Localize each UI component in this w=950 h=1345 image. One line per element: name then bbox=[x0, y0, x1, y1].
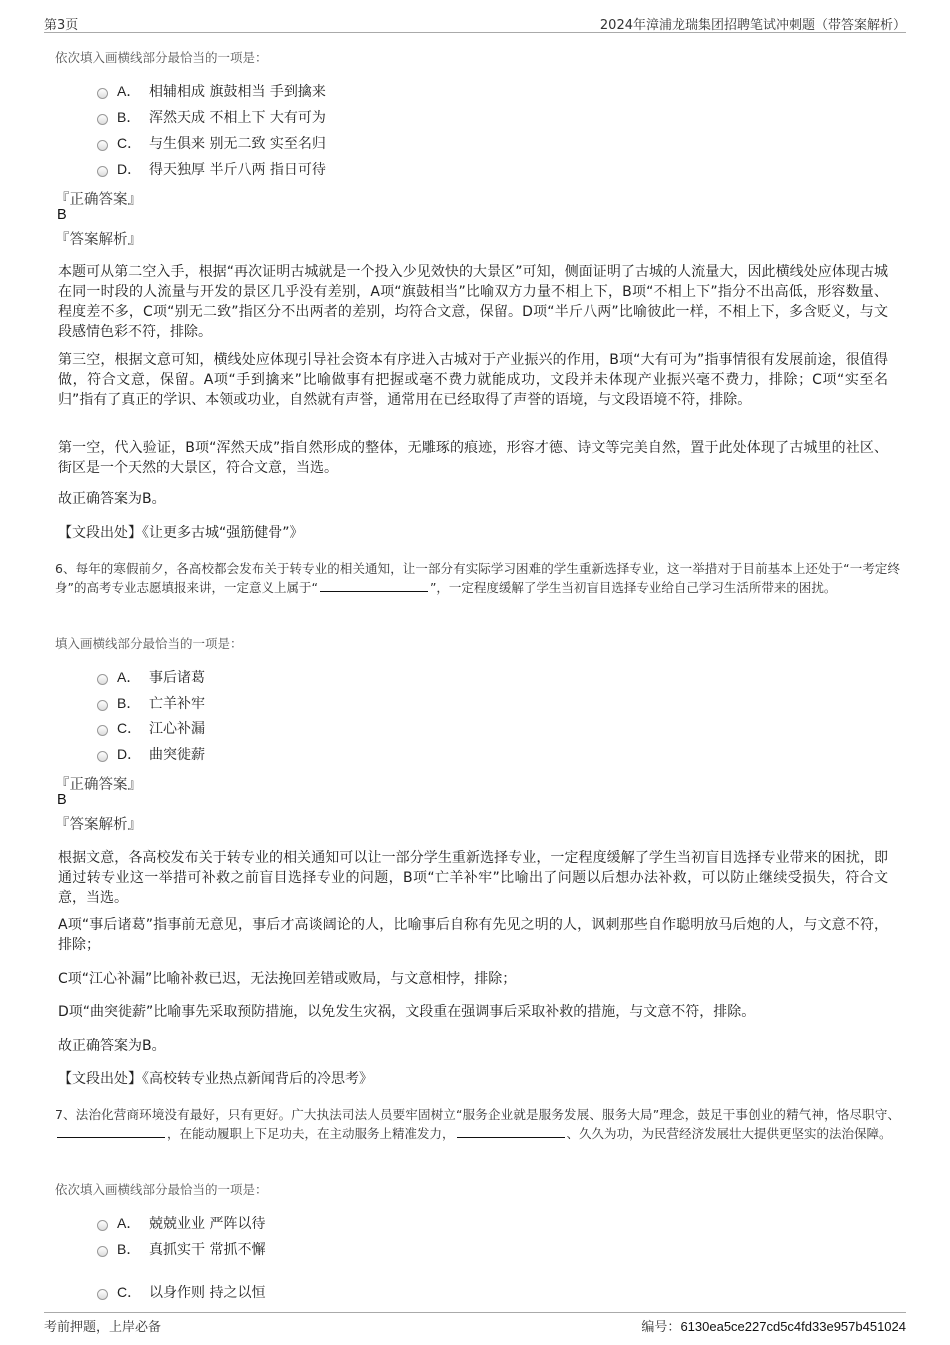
q7-option-b[interactable]: B． 真抓实干 常抓不懈 bbox=[97, 1239, 265, 1259]
fill-blank-2 bbox=[457, 1125, 565, 1138]
q6-analysis-conclusion: 故正确答案为B。 bbox=[58, 1036, 888, 1056]
q5-answer: B bbox=[57, 207, 67, 223]
q5-analysis-p3: 第一空，代入验证，B项“浑然天成”指自然形成的整体，无雕琢的痕迹，形容才德、诗文… bbox=[58, 438, 888, 478]
q5-analysis-label: 『答案解析』 bbox=[55, 228, 142, 249]
q7-prompt: 依次填入画横线部分最恰当的一项是： bbox=[55, 1180, 268, 1198]
page-header: 第3页 2024年漳浦龙瑞集团招聘笔试冲刺题（带答案解析） bbox=[44, 12, 906, 33]
radio-icon[interactable] bbox=[97, 725, 108, 736]
radio-icon[interactable] bbox=[97, 700, 108, 711]
fill-blank bbox=[320, 579, 428, 592]
q6-option-b[interactable]: B． 亡羊补牢 bbox=[97, 693, 205, 713]
q6-prompt: 填入画横线部分最恰当的一项是： bbox=[55, 634, 243, 652]
document-title: 2024年漳浦龙瑞集团招聘笔试冲刺题（带答案解析） bbox=[600, 14, 906, 33]
q7-option-a[interactable]: A． 兢兢业业 严阵以待 bbox=[97, 1213, 265, 1233]
radio-icon[interactable] bbox=[97, 114, 108, 125]
q5-analysis-conclusion: 故正确答案为B。 bbox=[58, 489, 888, 509]
q6-option-a[interactable]: A． 事后诸葛 bbox=[97, 667, 205, 687]
radio-icon[interactable] bbox=[97, 1289, 108, 1300]
page-footer: 考前押题，上岸必备 编号：6130ea5ce227cd5c4fd33e957b4… bbox=[44, 1312, 906, 1335]
radio-icon[interactable] bbox=[97, 1246, 108, 1257]
fill-blank-1 bbox=[57, 1125, 165, 1138]
q6-correct-label: 『正确答案』 bbox=[55, 773, 142, 794]
q6-answer: B bbox=[57, 792, 67, 808]
q5-source: 【文段出处】《让更多古城“强筋健骨”》 bbox=[58, 523, 888, 543]
q6-option-c[interactable]: C． 江心补漏 bbox=[97, 718, 205, 738]
q5-option-a[interactable]: A． 相辅相成 旗鼓相当 手到擒来 bbox=[97, 81, 326, 101]
q5-prompt: 依次填入画横线部分最恰当的一项是： bbox=[55, 48, 268, 66]
radio-icon[interactable] bbox=[97, 751, 108, 762]
radio-icon[interactable] bbox=[97, 674, 108, 685]
q6-option-d[interactable]: D． 曲突徙薪 bbox=[97, 744, 205, 764]
radio-icon[interactable] bbox=[97, 166, 108, 177]
q5-option-c[interactable]: C． 与生俱来 别无二致 实至名归 bbox=[97, 133, 326, 153]
q6-stem: 6、每年的寒假前夕，各高校都会发布关于转专业的相关通知，让一部分有实际学习困难的… bbox=[55, 559, 900, 597]
q5-analysis-p1: 本题可从第二空入手，根据“再次证明古城就是一个投入少见效快的大景区”可知，侧面证… bbox=[58, 262, 888, 342]
q6-analysis-p1: 根据文意，各高校发布关于转专业的相关通知可以让一部分学生重新选择专业，一定程度缓… bbox=[58, 848, 888, 908]
q7-stem: 7、法治化营商环境没有最好，只有更好。广大执法司法人员要牢固树立“服务企业就是服… bbox=[55, 1105, 900, 1143]
radio-icon[interactable] bbox=[97, 140, 108, 151]
footer-slogan: 考前押题，上岸必备 bbox=[44, 1316, 161, 1335]
q6-analysis-label: 『答案解析』 bbox=[55, 813, 142, 834]
q5-analysis-p2: 第三空，根据文意可知，横线处应体现引导社会资本有序进入古城对于产业振兴的作用，B… bbox=[58, 350, 888, 410]
page-number: 第3页 bbox=[44, 14, 78, 33]
document-code: 编号：6130ea5ce227cd5c4fd33e957b451024 bbox=[641, 1316, 906, 1335]
q5-option-d[interactable]: D． 得天独厚 半斤八两 指日可待 bbox=[97, 159, 326, 179]
q5-option-b[interactable]: B． 浑然天成 不相上下 大有可为 bbox=[97, 107, 326, 127]
q5-correct-label: 『正确答案』 bbox=[55, 188, 142, 209]
q6-analysis-p2: A项“事后诸葛”指事前无意见，事后才高谈阔论的人，比喻事后自称有先见之明的人，讽… bbox=[58, 915, 888, 955]
q6-analysis-p3: C项“江心补漏”比喻补救已迟，无法挽回差错或败局，与文意相悖，排除； bbox=[58, 969, 888, 989]
q6-source: 【文段出处】《高校转专业热点新闻背后的冷思考》 bbox=[58, 1069, 888, 1089]
q6-analysis-p4: D项“曲突徙薪”比喻事先采取预防措施，以免发生灾祸，文段重在强调事后采取补救的措… bbox=[58, 1002, 888, 1022]
q7-option-c[interactable]: C． 以身作则 持之以恒 bbox=[97, 1282, 265, 1302]
radio-icon[interactable] bbox=[97, 88, 108, 99]
radio-icon[interactable] bbox=[97, 1220, 108, 1231]
